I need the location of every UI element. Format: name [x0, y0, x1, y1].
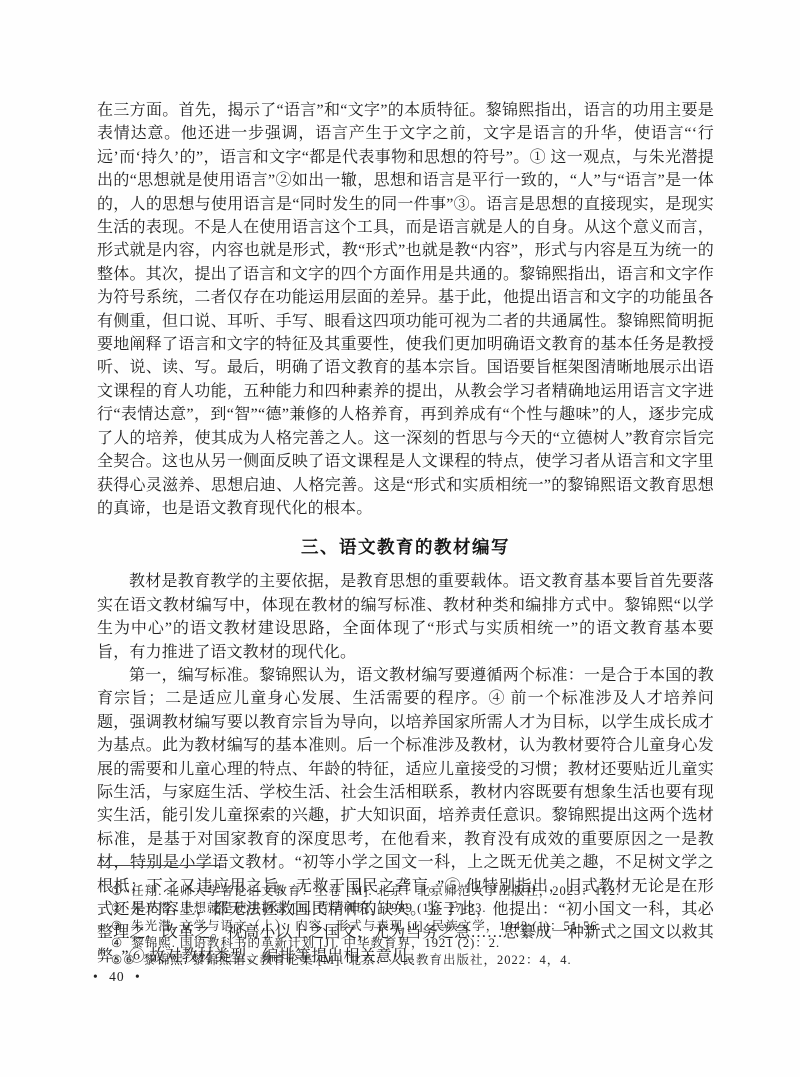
paragraph-intro: 教材是教育教学的主要依据，是教育思想的重要载体。语文教育基本要旨首先要落实在语文… [97, 570, 714, 664]
footnote-text: 朱光潜. 文学与语文（上）：内容、形式与表现 [J]. 民族文学，1943 (1… [131, 918, 714, 935]
footnote-marker: ⑤⑥ [111, 952, 135, 969]
footnote-marker: ③ [111, 918, 123, 935]
footnote-marker: ② [111, 900, 123, 917]
footnote-marker: ④ [111, 935, 123, 952]
footnote-item: ② 朱光潜. 思想就是使用语言 [J]. 哲学研究，1989 (1)：27-33… [111, 900, 714, 917]
document-page: 在三方面。首先，揭示了“语言”和“文字”的本质特征。黎锦熙指出，语言的功用主要是… [0, 0, 800, 1077]
section-heading: 三、语文教育的教材编写 [97, 534, 714, 559]
footnote-divider [97, 865, 224, 866]
footnote-item: ⑤⑥ 黎锦熙. 黎锦熙语文教育论集 [M]. 北京：人民教育出版社，2022：4… [111, 952, 714, 969]
footnote-item: ③ 朱光潜. 文学与语文（上）：内容、形式与表现 [J]. 民族文学，1943 … [111, 918, 714, 935]
footnote-item: ① 任翔. 北师大学者论语文教育：上卷 [M]. 北京：北京师范大学出版社，20… [111, 883, 714, 900]
paragraph-continuation: 在三方面。首先，揭示了“语言”和“文字”的本质特征。黎锦熙指出，语言的功用主要是… [97, 99, 714, 520]
footnotes-section: ① 任翔. 北师大学者论语文教育：上卷 [M]. 北京：北京师范大学出版社，20… [97, 865, 714, 969]
footnote-text: 黎锦熙. 黎锦熙语文教育论集 [M]. 北京：人民教育出版社，2022：4，4. [143, 952, 714, 969]
footnote-list: ① 任翔. 北师大学者论语文教育：上卷 [M]. 北京：北京师范大学出版社，20… [97, 883, 714, 969]
footnote-text: 黎锦熙. 国语教科书的革新计划 [J]. 中华教育界，1921 (2)：2. [131, 935, 714, 952]
article-body: 在三方面。首先，揭示了“语言”和“文字”的本质特征。黎锦熙指出，语言的功用主要是… [97, 99, 714, 968]
footnote-marker: ① [111, 883, 123, 900]
footnote-text: 任翔. 北师大学者论语文教育：上卷 [M]. 北京：北京师范大学出版社，2023… [131, 883, 714, 900]
page-number: • 40 • [93, 969, 141, 985]
footnote-text: 朱光潜. 思想就是使用语言 [J]. 哲学研究，1989 (1)：27-33. [131, 900, 714, 917]
footnote-item: ④ 黎锦熙. 国语教科书的革新计划 [J]. 中华教育界，1921 (2)：2. [111, 935, 714, 952]
